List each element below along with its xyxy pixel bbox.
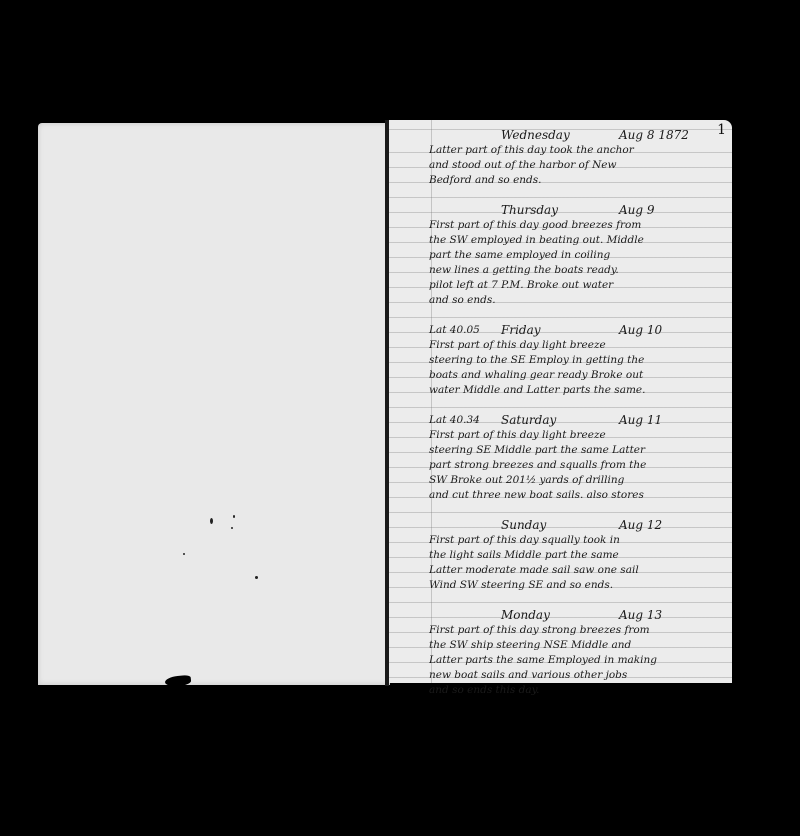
log-entries: Wednesday Aug 8 1872 Latter part of this…	[429, 128, 729, 713]
ink-speck	[183, 553, 185, 555]
entry-line: and so ends.	[429, 293, 729, 308]
entry-line: new boat sails and various other jobs	[429, 668, 729, 683]
entry-line: and cut three new boat sails. also store…	[429, 488, 729, 503]
ink-speck	[233, 515, 235, 518]
entry-date: Aug 8 1872	[619, 128, 689, 143]
entry-latitude: Lat 40.05	[429, 323, 480, 338]
entry-line: water Middle and Latter parts the same.	[429, 383, 729, 398]
entry-line: pilot left at 7 P.M. Broke out water	[429, 278, 729, 293]
entry-line: steering to the SE Employ in getting the	[429, 353, 729, 368]
entry-line: and stood out of the harbor of New	[429, 158, 729, 173]
ink-speck	[255, 576, 258, 579]
log-entry: Sunday Aug 12 First part of this day squ…	[429, 518, 729, 593]
entry-header: Wednesday Aug 8 1872	[429, 128, 729, 143]
entry-day: Sunday	[501, 518, 546, 533]
entry-line: First part of this day good breezes from	[429, 218, 729, 233]
entry-line: First part of this day strong breezes fr…	[429, 623, 729, 638]
entry-day: Friday	[501, 323, 541, 338]
entry-line: Latter moderate made sail saw one sail	[429, 563, 729, 578]
entry-latitude: Lat 40.34	[429, 413, 480, 428]
entry-date: Aug 11	[619, 413, 662, 428]
entry-header: Thursday Aug 9	[429, 203, 729, 218]
entry-line: Latter part of this day took the anchor	[429, 143, 729, 158]
entry-line: First part of this day light breeze	[429, 428, 729, 443]
entry-line: steering SE Middle part the same Latter	[429, 443, 729, 458]
entry-header: Lat 40.05 Friday Aug 10	[429, 323, 729, 338]
entry-line: Wind SW steering SE and so ends.	[429, 578, 729, 593]
entry-line: new lines a getting the boats ready.	[429, 263, 729, 278]
entry-date: Aug 13	[619, 608, 662, 623]
left-page-blank	[38, 123, 390, 685]
entry-date: Aug 9	[619, 203, 655, 218]
entry-header: Sunday Aug 12	[429, 518, 729, 533]
ink-speck	[210, 518, 213, 524]
entry-date: Aug 10	[619, 323, 662, 338]
entry-line: First part of this day squally took in	[429, 533, 729, 548]
entry-line: Bedford and so ends.	[429, 173, 729, 188]
entry-line: First part of this day light breeze	[429, 338, 729, 353]
log-entry: Thursday Aug 9 First part of this day go…	[429, 203, 729, 308]
entry-line: part the same employed in coiling	[429, 248, 729, 263]
ink-speck	[231, 527, 233, 529]
log-entry: Lat 40.34 Saturday Aug 11 First part of …	[429, 413, 729, 503]
entry-line: part strong breezes and squalls from the	[429, 458, 729, 473]
log-entry: Monday Aug 13 First part of this day str…	[429, 608, 729, 698]
entry-header: Monday Aug 13	[429, 608, 729, 623]
entry-line: Latter parts the same Employed in making	[429, 653, 729, 668]
entry-header: Lat 40.34 Saturday Aug 11	[429, 413, 729, 428]
entry-line: SW Broke out 201½ yards of drilling	[429, 473, 729, 488]
entry-day: Monday	[501, 608, 550, 623]
entry-day: Thursday	[501, 203, 558, 218]
entry-line: the light sails Middle part the same	[429, 548, 729, 563]
entry-line: the SW employed in beating out. Middle	[429, 233, 729, 248]
entry-day: Wednesday	[501, 128, 570, 143]
log-entry: Wednesday Aug 8 1872 Latter part of this…	[429, 128, 729, 188]
right-page-logbook: 1 Wednesday Aug 8 1872 Latter part of th…	[389, 120, 732, 683]
entry-day: Saturday	[501, 413, 556, 428]
entry-line: boats and whaling gear ready Broke out	[429, 368, 729, 383]
entry-line: and so ends this day.	[429, 683, 729, 698]
entry-line: the SW ship steering NSE Middle and	[429, 638, 729, 653]
entry-date: Aug 12	[619, 518, 662, 533]
log-entry: Lat 40.05 Friday Aug 10 First part of th…	[429, 323, 729, 398]
